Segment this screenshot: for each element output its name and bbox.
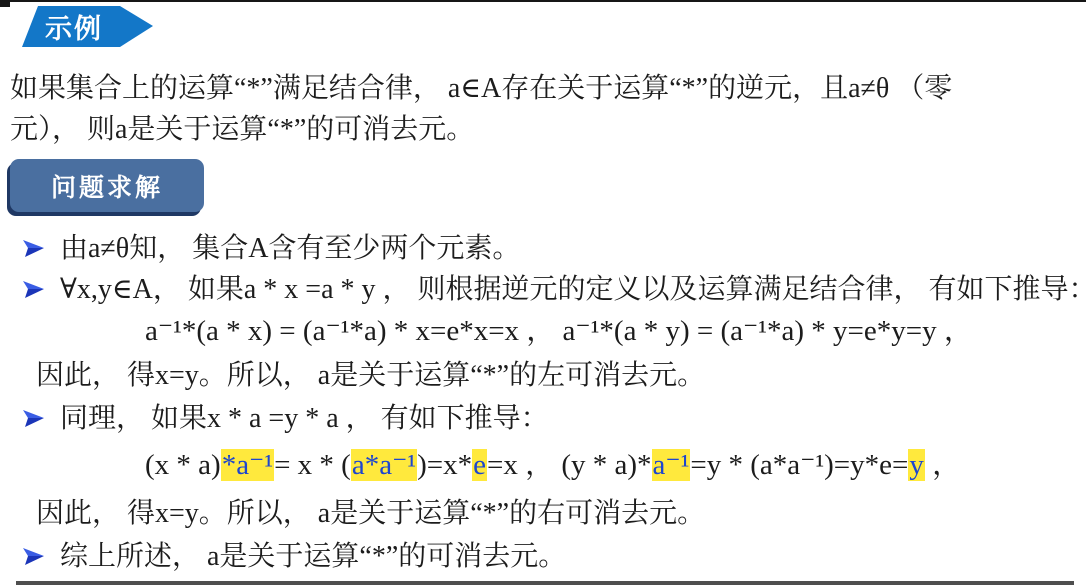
problem-solving-label: 问题求解 [51, 168, 163, 204]
bullet-text: 同理， 如果x * a =y * a ， 有如下推导： [60, 400, 549, 437]
bullet-text: 综上所述， a是关于运算“*”的可消去元。 [60, 538, 566, 575]
highlighted-term: a*a⁻¹ [351, 449, 417, 481]
formula-text: =x ， (y * a)* [487, 449, 652, 481]
problem-solving-box: 问题求解 [10, 159, 204, 212]
highlighted-term: y [908, 449, 925, 481]
conclusion-left-cancellation: 因此， 得x=y。所以， a是关于运算“*”的左可消去元。 [36, 357, 705, 394]
formula-text: = x * ( [274, 449, 351, 481]
formula-text: ， [925, 449, 961, 481]
intro-text-line-1: 如果集合上的运算“*”满足结合律， a∈A存在关于运算“*”的逆元，且a≠θ （… [10, 70, 952, 107]
highlighted-term: e [472, 449, 487, 481]
formula-text: =y * (a*a⁻¹)=y*e= [690, 449, 908, 481]
top-left-corner-mark [0, 0, 10, 7]
example-banner-label: 示例 [45, 7, 121, 46]
bullet-arrow-icon [22, 407, 46, 430]
highlighted-term: a⁻¹ [652, 449, 691, 481]
bullet-arrow-icon [22, 237, 46, 260]
bullet-item-2: ∀x,y∈A， 如果a * x =a * y ， 则根据逆元的定义以及运算满足结… [22, 271, 1091, 308]
bullet-text: ∀x,y∈A， 如果a * x =a * y ， 则根据逆元的定义以及运算满足结… [60, 271, 1091, 308]
intro-text-line-2: 元）， 则a是关于运算“*”的可消去元。 [10, 111, 474, 148]
top-border-line [0, 0, 1086, 2]
slide: 示例 如果集合上的运算“*”满足结合律， a∈A存在关于运算“*”的逆元，且a≠… [0, 0, 1091, 585]
bottom-border-line [16, 581, 1074, 585]
bullet-item-4: 综上所述， a是关于运算“*”的可消去元。 [22, 538, 566, 575]
bullet-item-3: 同理， 如果x * a =y * a ， 有如下推导： [22, 400, 549, 437]
formula-text: )=x* [417, 449, 472, 481]
formula-text: (x * a) [145, 449, 221, 481]
derivation-formula-2: (x * a)*a⁻¹= x * (a*a⁻¹)=x*e=x ， (y * a)… [145, 447, 961, 484]
example-banner: 示例 [12, 6, 154, 47]
bullet-text: 由a≠θ知， 集合A含有至少两个元素。 [60, 230, 520, 267]
bullet-arrow-icon [22, 545, 46, 568]
bullet-arrow-icon [22, 278, 46, 301]
highlighted-term: *a⁻¹ [221, 449, 274, 481]
conclusion-right-cancellation: 因此， 得x=y。所以， a是关于运算“*”的右可消去元。 [36, 495, 705, 532]
derivation-formula-1: a⁻¹*(a * x) = (a⁻¹*a) * x=e*x=x ， a⁻¹*(a… [145, 313, 973, 350]
bullet-item-1: 由a≠θ知， 集合A含有至少两个元素。 [22, 230, 520, 267]
